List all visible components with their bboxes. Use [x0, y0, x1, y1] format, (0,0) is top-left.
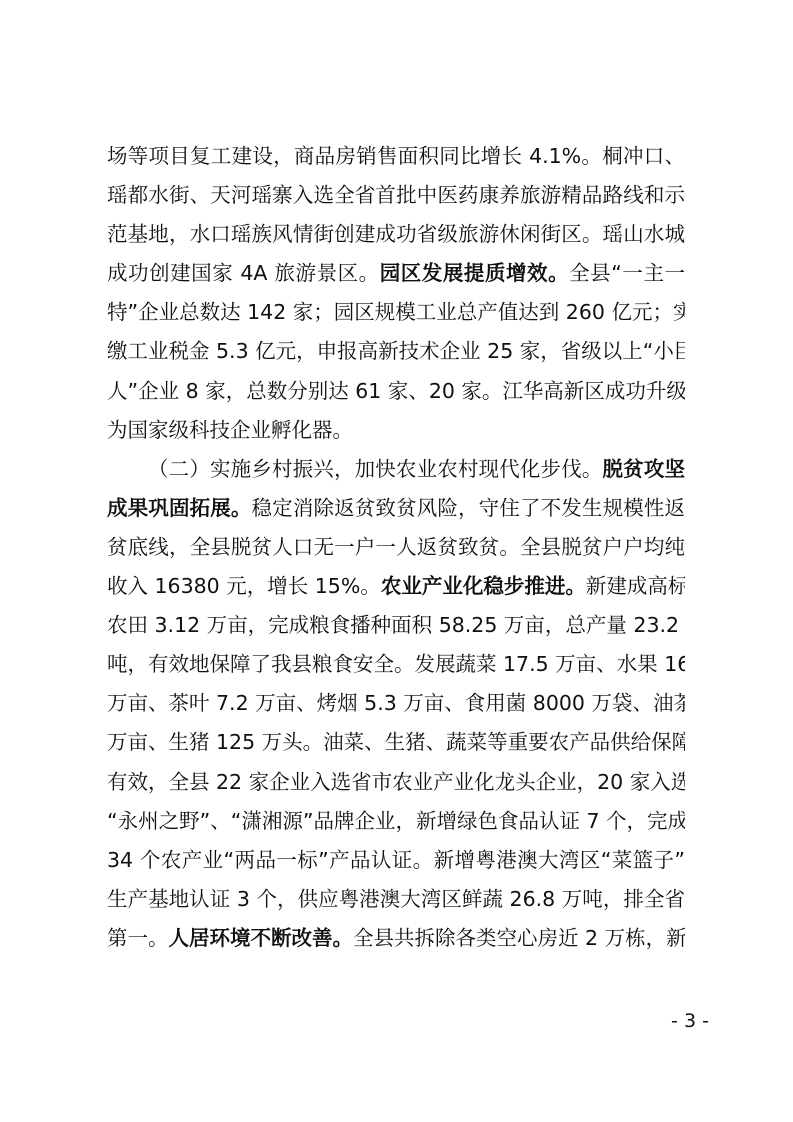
document-page: 场等项目复工建设，商品房销售面积同比增长 4.1%。桐冲口、瑶都水街、天河瑶寨入… — [0, 0, 793, 1122]
text-segment: 万亩、茶叶 7.2 万亩、烤烟 5.3 万亩、食用菌 8000 万袋、油茶 1 — [107, 691, 685, 715]
bold-heading-phrase: 农业产业化稳步推进。 — [381, 574, 586, 598]
text-segment: 成功创建国家 4A 旅游景区。 — [107, 261, 380, 285]
text-segment: 吨，有效地保障了我县粮食安全。发展蔬菜 17.5 万亩、水果 16.5 — [107, 652, 685, 676]
text-segment: 全县“一主一 — [569, 261, 685, 285]
text-segment: 范基地，水口瑶族风情街创建成功省级旅游休闲街区。瑶山水城 — [107, 222, 685, 246]
text-segment: 场等项目复工建设，商品房销售面积同比增长 4.1%。桐冲口、 — [107, 144, 685, 168]
text-line: 第一。人居环境不断改善。全县共拆除各类空心房近 2 万栋，新 — [107, 919, 685, 958]
text-segment: 生产基地认证 3 个，供应粤港澳大湾区鲜蔬 26.8 万吨，排全省 — [107, 887, 685, 911]
text-line: 缴工业税金 5.3 亿元，申报高新技术企业 25 家，省级以上“小巨 — [107, 332, 685, 371]
text-line: 贫底线，全县脱贫人口无一户一人返贫致贫。全县脱贫户户均纯 — [107, 528, 685, 567]
page-number: - 3 - — [655, 1010, 725, 1032]
text-segment: （二）实施乡村振兴，加快农业农村现代化步伐。 — [148, 457, 603, 481]
text-segment: “永州之野”、“潇湘源”品牌企业，新增绿色食品认证 7 个，完成 — [107, 809, 685, 833]
text-line: 范基地，水口瑶族风情街创建成功省级旅游休闲街区。瑶山水城 — [107, 215, 685, 254]
text-line: 收入 16380 元，增长 15%。农业产业化稳步推进。新建成高标准 — [107, 567, 685, 606]
text-line: 为国家级科技企业孵化器。 — [107, 411, 685, 450]
bold-heading-phrase: 成果巩固拓展。 — [107, 496, 252, 520]
text-line: 农田 3.12 万亩，完成粮食播种面积 58.25 万亩，总产量 23.2 万 — [107, 606, 685, 645]
text-segment: 全县共拆除各类空心房近 2 万栋，新 — [353, 926, 685, 950]
text-line: “永州之野”、“潇湘源”品牌企业，新增绿色食品认证 7 个，完成 — [107, 802, 685, 841]
text-segment: 特”企业总数达 142 家；园区规模工业总产值达到 260 亿元；实 — [107, 300, 685, 324]
text-line: 生产基地认证 3 个，供应粤港澳大湾区鲜蔬 26.8 万吨，排全省 — [107, 880, 685, 919]
text-segment: 有效，全县 22 家企业入选省市农业产业化龙头企业，20 家入选 — [107, 770, 685, 794]
text-line: 人”企业 8 家，总数分别达 61 家、20 家。江华高新区成功升级 — [107, 372, 685, 411]
text-line: 场等项目复工建设，商品房销售面积同比增长 4.1%。桐冲口、 — [107, 137, 685, 176]
text-segment: 稳定消除返贫致贫风险，守住了不发生规模性返 — [252, 496, 685, 520]
text-line: 万亩、茶叶 7.2 万亩、烤烟 5.3 万亩、食用菌 8000 万袋、油茶 1 — [107, 684, 685, 723]
text-line: 成果巩固拓展。稳定消除返贫致贫风险，守住了不发生规模性返 — [107, 489, 685, 528]
text-segment: 缴工业税金 5.3 亿元，申报高新技术企业 25 家，省级以上“小巨 — [107, 339, 685, 363]
text-segment: 收入 16380 元，增长 15%。 — [107, 574, 381, 598]
text-segment: 农田 3.12 万亩，完成粮食播种面积 58.25 万亩，总产量 23.2 万 — [107, 613, 685, 637]
text-segment: 新建成高标准 — [586, 574, 685, 598]
text-segment: 万亩、生猪 125 万头。油菜、生猪、蔬菜等重要农产品供给保障 — [107, 730, 685, 754]
text-segment: 34 个农产业“两品一标”产品认证。新增粤港澳大湾区“菜篮子” — [107, 848, 685, 872]
text-line: 成功创建国家 4A 旅游景区。园区发展提质增效。全县“一主一 — [107, 254, 685, 293]
text-segment: 贫底线，全县脱贫人口无一户一人返贫致贫。全县脱贫户户均纯 — [107, 535, 685, 559]
paragraph-rural-revitalization: （二）实施乡村振兴，加快农业农村现代化步伐。脱贫攻坚成果巩固拓展。稳定消除返贫致… — [107, 450, 685, 958]
text-line: （二）实施乡村振兴，加快农业农村现代化步伐。脱贫攻坚 — [107, 450, 685, 489]
bold-heading-phrase: 脱贫攻坚 — [603, 457, 685, 481]
paragraph-park-development: 场等项目复工建设，商品房销售面积同比增长 4.1%。桐冲口、瑶都水街、天河瑶寨入… — [107, 137, 685, 450]
bold-heading-phrase: 人居环境不断改善。 — [169, 926, 354, 950]
bold-heading-phrase: 园区发展提质增效。 — [380, 261, 569, 285]
text-segment: 为国家级科技企业孵化器。 — [107, 418, 353, 442]
text-line: 特”企业总数达 142 家；园区规模工业总产值达到 260 亿元；实 — [107, 293, 685, 332]
text-line: 瑶都水街、天河瑶寨入选全省首批中医药康养旅游精品路线和示 — [107, 176, 685, 215]
text-segment: 第一。 — [107, 926, 169, 950]
text-segment: 人”企业 8 家，总数分别达 61 家、20 家。江华高新区成功升级 — [107, 379, 685, 403]
text-line: 有效，全县 22 家企业入选省市农业产业化龙头企业，20 家入选 — [107, 763, 685, 802]
body-text: 场等项目复工建设，商品房销售面积同比增长 4.1%。桐冲口、瑶都水街、天河瑶寨入… — [107, 137, 685, 958]
text-segment: 瑶都水街、天河瑶寨入选全省首批中医药康养旅游精品路线和示 — [107, 183, 685, 207]
text-line: 万亩、生猪 125 万头。油菜、生猪、蔬菜等重要农产品供给保障 — [107, 723, 685, 762]
text-line: 吨，有效地保障了我县粮食安全。发展蔬菜 17.5 万亩、水果 16.5 — [107, 645, 685, 684]
text-line: 34 个农产业“两品一标”产品认证。新增粤港澳大湾区“菜篮子” — [107, 841, 685, 880]
